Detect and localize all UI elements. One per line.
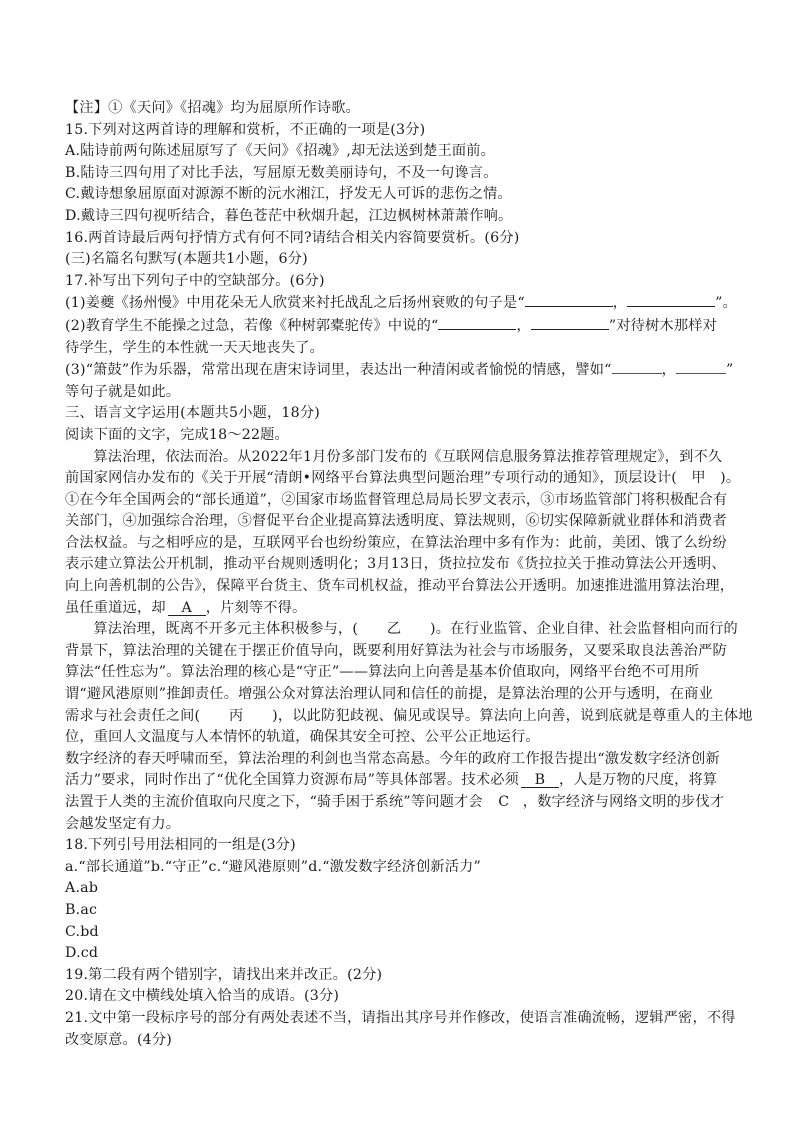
passage-line: 向上向善机制的公告》，保障平台货主、货车司机权益，推动平台算法公开透明。加速推进… <box>65 576 737 598</box>
q19-stem: 19.第二段有两个错别字，请找出来并改正。(2分) <box>65 965 737 987</box>
passage-line: 背景下，算法治理的关键在于摆正价值导向，既要利用好算法为社会与市场服务，又要采取… <box>65 641 737 663</box>
q20-stem: 20.请在文中横线处填入恰当的成语。(3分) <box>65 986 737 1008</box>
q18-stem: 18.下列引号用法相同的一组是(3分) <box>65 835 737 857</box>
passage-line: 表示建立算法公开机制，推动平台规则透明化；3月13日，货拉拉发布《货拉拉关于推动… <box>65 554 737 576</box>
q17-item2-cont: 待学生，学生的本性就一天天地丧失了。 <box>65 338 737 360</box>
passage-paragraph-2: 算法治理，既离不开多元主体积极参与，( 乙 )。在行业监管、企业自律、社会监督相… <box>65 619 737 749</box>
passage-paragraph-3: 数字经济的春天呼啸而至，算法治理的利剑也当常态高悬。今年的政府工作报告提出“激发… <box>65 749 737 835</box>
poem-note: 【注】①《天问》《招魂》均为屈原所作诗歌。 <box>65 98 737 120</box>
passage-line: 合法权益。与之相呼应的是，互联网平台也纷纷策应，在算法治理中多有作为：此前，美团… <box>65 533 737 555</box>
reading-intro: 阅读下面的文字，完成18～22题。 <box>65 425 737 447</box>
q15-option-a: A.陆诗前两句陈述屈原写了《天问》《招魂》,却无法送到楚王面前。 <box>65 141 737 163</box>
passage-line: 算法“任性忘为”。算法治理的核心是“守正”——算法向上向善是基本价值取向，网络平… <box>65 662 737 684</box>
passage-line: 虽任重道远，却A，片刻等不得。 <box>65 598 737 620</box>
passage-line: 法置于人类的主流价值取向尺度之下，“骑手困于系统”等问题才会C，数字经济与网络文… <box>65 792 737 814</box>
answer-blank[interactable] <box>627 292 715 307</box>
q17-item3: (3)“箫鼓”作为乐器，常常出现在唐宋诗词里，表达出一种清闲或者愉悦的情感，譬如… <box>65 359 737 382</box>
part3-heading: 三、语言文字运用(本题共5小题，18分) <box>65 403 737 425</box>
passage-line: 数字经济的春天呼啸而至，算法治理的利剑也当常态高悬。今年的政府工作报告提出“激发… <box>65 749 737 771</box>
blank-a[interactable]: A <box>168 601 206 616</box>
q17-stem: 17.补写出下列句子中的空缺部分。(6分) <box>65 271 737 293</box>
q21-stem-cont: 改变原意。(4分) <box>65 1030 737 1052</box>
passage-line: 关部门，④加强综合治理，⑤督促平台企业提高算法透明度、算法规则，⑥切实保障新就业… <box>65 511 737 533</box>
passage-paragraph-1: 算法治理，依法而治。从2022年1月份多部门发布的《互联网信息服务算法推荐管理规… <box>65 447 737 620</box>
passage-line: 需求与社会责任之间( 丙 )，以此防犯歧视、偏见或误导。算法向上向善，说到底就是… <box>65 706 737 728</box>
blank-b[interactable]: B <box>521 773 559 788</box>
q18-option-a: A.ab <box>65 878 737 900</box>
q15-option-d: D.戴诗三四句视听结合，暮色苍茫中秋烟升起，江边枫树林萧萧作响。 <box>65 206 737 228</box>
q17-item2: (2)教育学生不能操之过急，若像《种树郭橐驼传》中说的“，”对待树木那样对 <box>65 315 737 338</box>
passage-line: 前国家网信办发布的《关于开展“清朗•网络平台算法典型问题治理”专项行动的通知》，… <box>65 468 737 490</box>
q21-stem: 21.文中第一段标序号的部分有两处表述不当，请指出其序号并作修改，使语言准确流畅… <box>65 1008 737 1030</box>
q17-item3-cont: 等句子就是如此。 <box>65 382 737 404</box>
passage-line: 算法治理，依法而治。从2022年1月份多部门发布的《互联网信息服务算法推荐管理规… <box>65 447 737 469</box>
q18-items: a.“部长通道”b.“守正”c.“避风港原则”d.“激发数字经济创新活力” <box>65 857 737 879</box>
passage-line: 活力”要求，同时作出了“优化全国算力资源布局”等具体部署。技术必须B，人是万物的… <box>65 770 737 792</box>
answer-blank[interactable] <box>531 315 609 330</box>
q15-option-b: B.陆诗三四句用了对比手法，写屈原无数美丽诗句，不及一句谗言。 <box>65 163 737 185</box>
q18-option-b: B.ac <box>65 900 737 922</box>
q16-stem: 16.两首诗最后两句抒情方式有何不同?请结合相关内容简要赏析。(6分) <box>65 228 737 250</box>
answer-blank[interactable] <box>525 292 613 307</box>
answer-blank[interactable] <box>676 359 726 374</box>
blank-c[interactable]: C <box>485 795 523 809</box>
q15-option-c: C.戴诗想象屈原面对源源不断的沅水湘江，抒发无人可诉的悲伤之情。 <box>65 184 737 206</box>
answer-blank[interactable] <box>612 359 662 374</box>
q15-stem: 15.下列对这两首诗的理解和赏析，不正确的一项是(3分) <box>65 120 737 142</box>
q18-option-c: C.bd <box>65 922 737 944</box>
passage-line: 谓“避风港原则”推卸责任。增强公众对算法治理认同和信任的前提，是算法治理的公开与… <box>65 684 737 706</box>
answer-blank[interactable] <box>438 315 516 330</box>
q18-option-d: D.cd <box>65 943 737 965</box>
exam-page: 【注】①《天问》《招魂》均为屈原所作诗歌。 15.下列对这两首诗的理解和赏析，不… <box>65 98 737 1051</box>
passage-line: 算法治理，既离不开多元主体积极参与，( 乙 )。在行业监管、企业自律、社会监督相… <box>65 619 737 641</box>
section3-heading: (三)名篇名句默写(本题共1小题，6分) <box>65 249 737 271</box>
passage-line: 位，重回人文温度与人本情怀的轨道，确保其安全可控、公平公正地运行。 <box>65 727 737 749</box>
passage-line: 会越发坚定有力。 <box>65 814 737 836</box>
q17-item1: (1)姜夔《扬州慢》中用花朵无人欣赏来衬托战乱之后扬州衰败的句子是“，”。 <box>65 292 737 315</box>
passage-line: ①在今年全国两会的“部长通道”，②国家市场监督管理总局局长罗文表示，③市场监管部… <box>65 490 737 512</box>
